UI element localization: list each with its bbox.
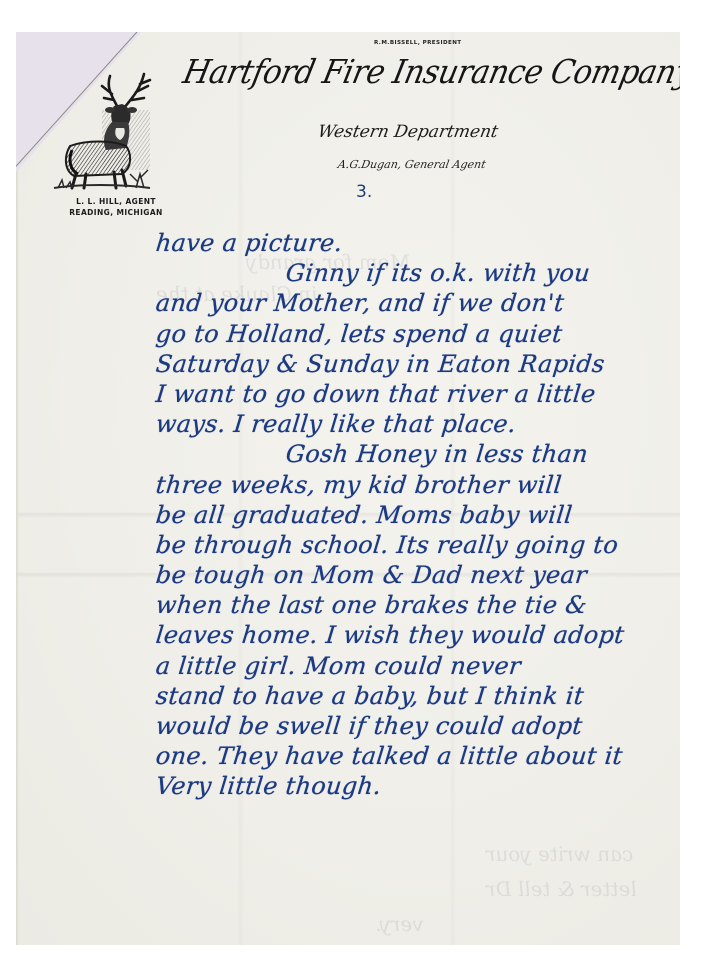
handwritten-line: Very little though. (154, 771, 680, 801)
bleed-through-text: letter & tell Dr (485, 877, 638, 901)
scanned-letter-page: Mom for grandy in Clauke at the can writ… (0, 0, 720, 960)
company-name: Hartford Fire Insurance Company (180, 52, 680, 91)
handwritten-line: be all graduated. Moms baby will (154, 500, 680, 530)
handwritten-line: go to Holland, lets spend a quiet (154, 319, 680, 349)
agent-location: READING, MICHIGAN (56, 207, 176, 218)
general-agent: A.G.Dugan, General Agent (337, 158, 487, 171)
handwritten-line: would be swell if they could adopt (154, 711, 680, 741)
handwritten-line: have a picture. (154, 228, 680, 258)
page-number: 3. (356, 182, 372, 202)
agent-name: L. L. HILL, AGENT (56, 196, 176, 207)
stag-engraving-icon (40, 70, 160, 195)
bleed-through-text: very. (375, 912, 425, 936)
handwritten-line: a little girl. Mom could never (154, 651, 680, 681)
handwritten-line: Saturday & Sunday in Eaton Rapids (154, 349, 680, 379)
bleed-through-text: can write your (485, 842, 635, 866)
handwritten-line: Ginny if its o.k. with you (154, 258, 680, 288)
handwritten-line: one. They have talked a little about it (154, 741, 680, 771)
handwritten-line: ways. I really like that place. (154, 409, 680, 439)
handwritten-line: three weeks, my kid brother will (154, 470, 680, 500)
handwritten-line: leaves home. I wish they would adopt (154, 620, 680, 650)
agent-info: L. L. HILL, AGENT READING, MICHIGAN (56, 196, 176, 218)
handwritten-line: be tough on Mom & Dad next year (154, 560, 680, 590)
handwritten-line: stand to have a baby, but I think it (154, 681, 680, 711)
handwritten-line: I want to go down that river a little (154, 379, 680, 409)
handwritten-line: and your Mother, and if we don't (154, 288, 680, 318)
letter-paper: Mom for grandy in Clauke at the can writ… (16, 32, 680, 945)
handwritten-body: have a picture. Ginny if its o.k. with y… (156, 228, 680, 802)
handwritten-line: when the last one brakes the tie & (154, 590, 680, 620)
department-name: Western Department (316, 122, 499, 142)
president-line: R.M.BISSELL, PRESIDENT (374, 40, 462, 46)
handwritten-line: Gosh Honey in less than (154, 439, 680, 469)
handwritten-line: be through school. Its really going to (154, 530, 680, 560)
